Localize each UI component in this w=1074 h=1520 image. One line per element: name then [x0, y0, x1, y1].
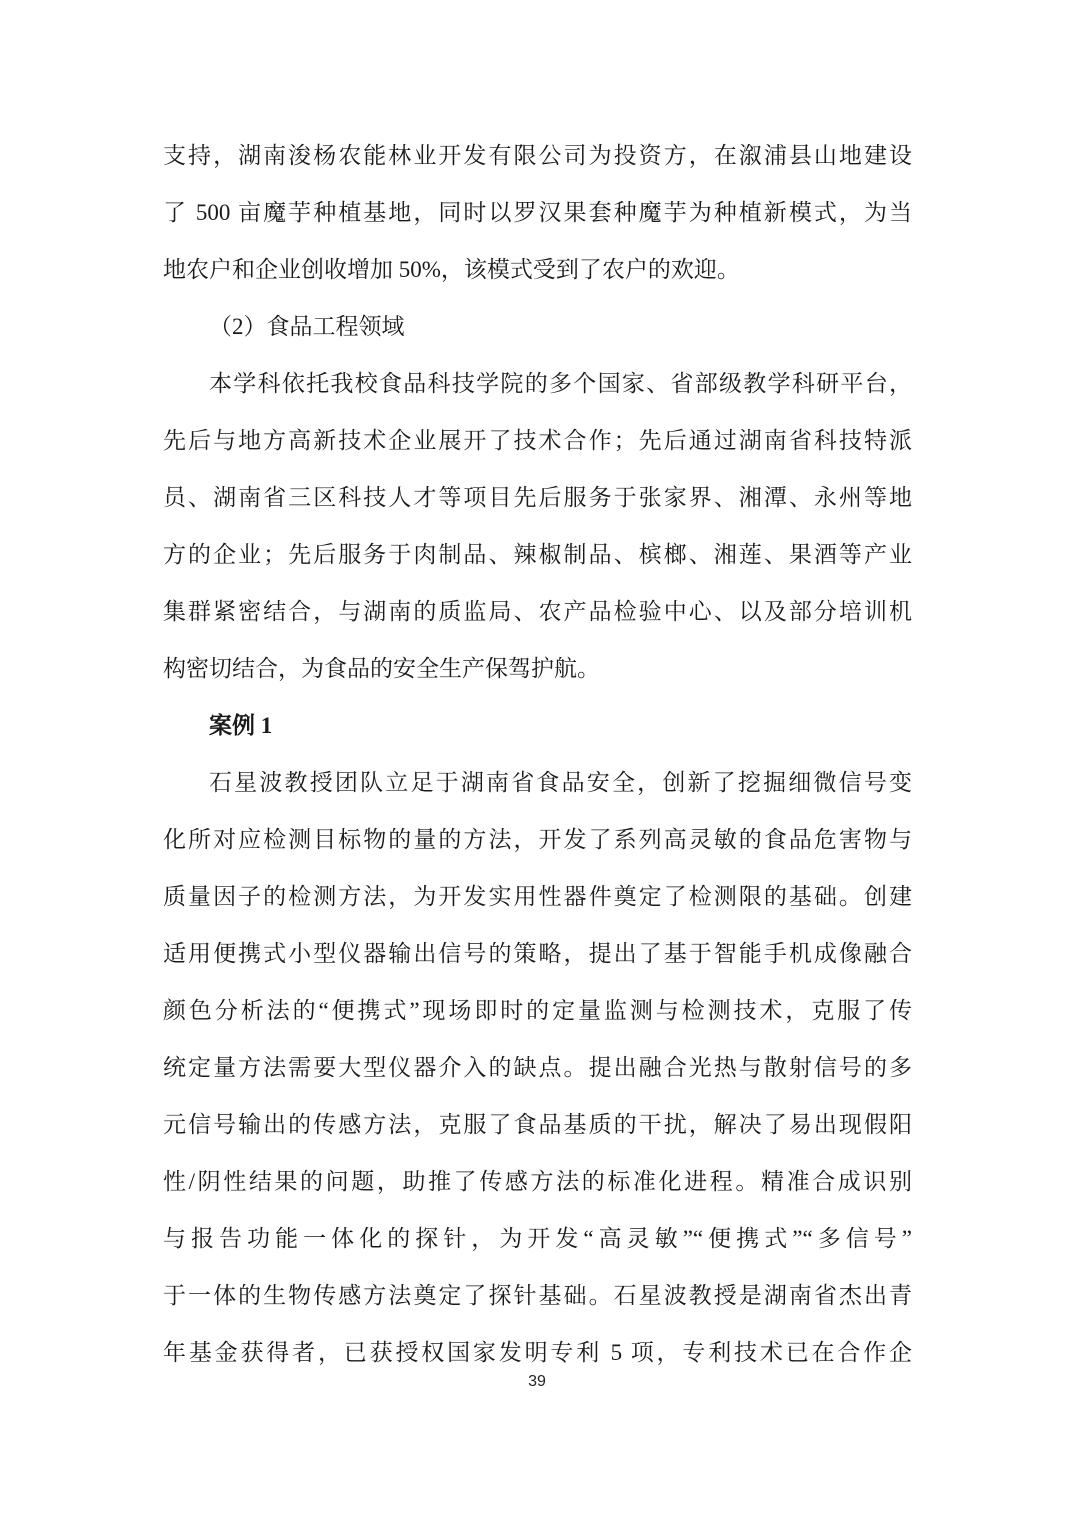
paragraph-line: 与报告功能一体化的探针，为开发“高灵敏”“便携式”“多信号”	[163, 1210, 912, 1267]
paragraph-line: 方的企业；先后服务于肉制品、辣椒制品、槟榔、湘莲、果酒等产业	[163, 526, 912, 583]
paragraph-line: 员、湖南省三区科技人才等项目先后服务于张家界、湘潭、永州等地	[163, 469, 912, 526]
paragraph-line: 地农户和企业创收增加 50%，该模式受到了农户的欢迎。	[163, 241, 912, 298]
paragraph-line: 于一体的生物传感方法奠定了探针基础。石星波教授是湖南省杰出青	[163, 1267, 912, 1324]
paragraph-line: 性/阴性结果的问题，助推了传感方法的标准化进程。精准合成识别	[163, 1153, 912, 1210]
paragraph-line: 构密切结合，为食品的安全生产保驾护航。	[163, 640, 912, 697]
heading-case-1: 案例 1	[163, 697, 912, 754]
paragraph-line: 元信号输出的传感方法，克服了食品基质的干扰，解决了易出现假阳	[163, 1096, 912, 1153]
document-page: 支持，湖南浚杨农能林业开发有限公司为投资方，在溆浦县山地建设 了 500 亩魔芋…	[0, 0, 1074, 1520]
paragraph-line: 先后与地方高新技术企业展开了技术合作；先后通过湖南省科技特派	[163, 412, 912, 469]
page-number: 39	[0, 1372, 1074, 1392]
document-text-block: 支持，湖南浚杨农能林业开发有限公司为投资方，在溆浦县山地建设 了 500 亩魔芋…	[163, 127, 912, 1381]
paragraph-line: 本学科依托我校食品科技学院的多个国家、省部级教学科研平台，	[163, 355, 912, 412]
paragraph-line: 了 500 亩魔芋种植基地，同时以罗汉果套种魔芋为种植新模式，为当	[163, 184, 912, 241]
paragraph-line: 统定量方法需要大型仪器介入的缺点。提出融合光热与散射信号的多	[163, 1039, 912, 1096]
paragraph-line: 质量因子的检测方法，为开发实用性器件奠定了检测限的基础。创建	[163, 868, 912, 925]
heading-food-engineering: （2）食品工程领域	[163, 298, 912, 355]
paragraph-line: 支持，湖南浚杨农能林业开发有限公司为投资方，在溆浦县山地建设	[163, 127, 912, 184]
paragraph-line: 适用便携式小型仪器输出信号的策略，提出了基于智能手机成像融合	[163, 925, 912, 982]
paragraph-line: 石星波教授团队立足于湖南省食品安全，创新了挖掘细微信号变	[163, 754, 912, 811]
paragraph-line: 集群紧密结合，与湖南的质监局、农产品检验中心、以及部分培训机	[163, 583, 912, 640]
paragraph-line: 颜色分析法的“便携式”现场即时的定量监测与检测技术，克服了传	[163, 982, 912, 1039]
paragraph-line: 化所对应检测目标物的量的方法，开发了系列高灵敏的食品危害物与	[163, 811, 912, 868]
